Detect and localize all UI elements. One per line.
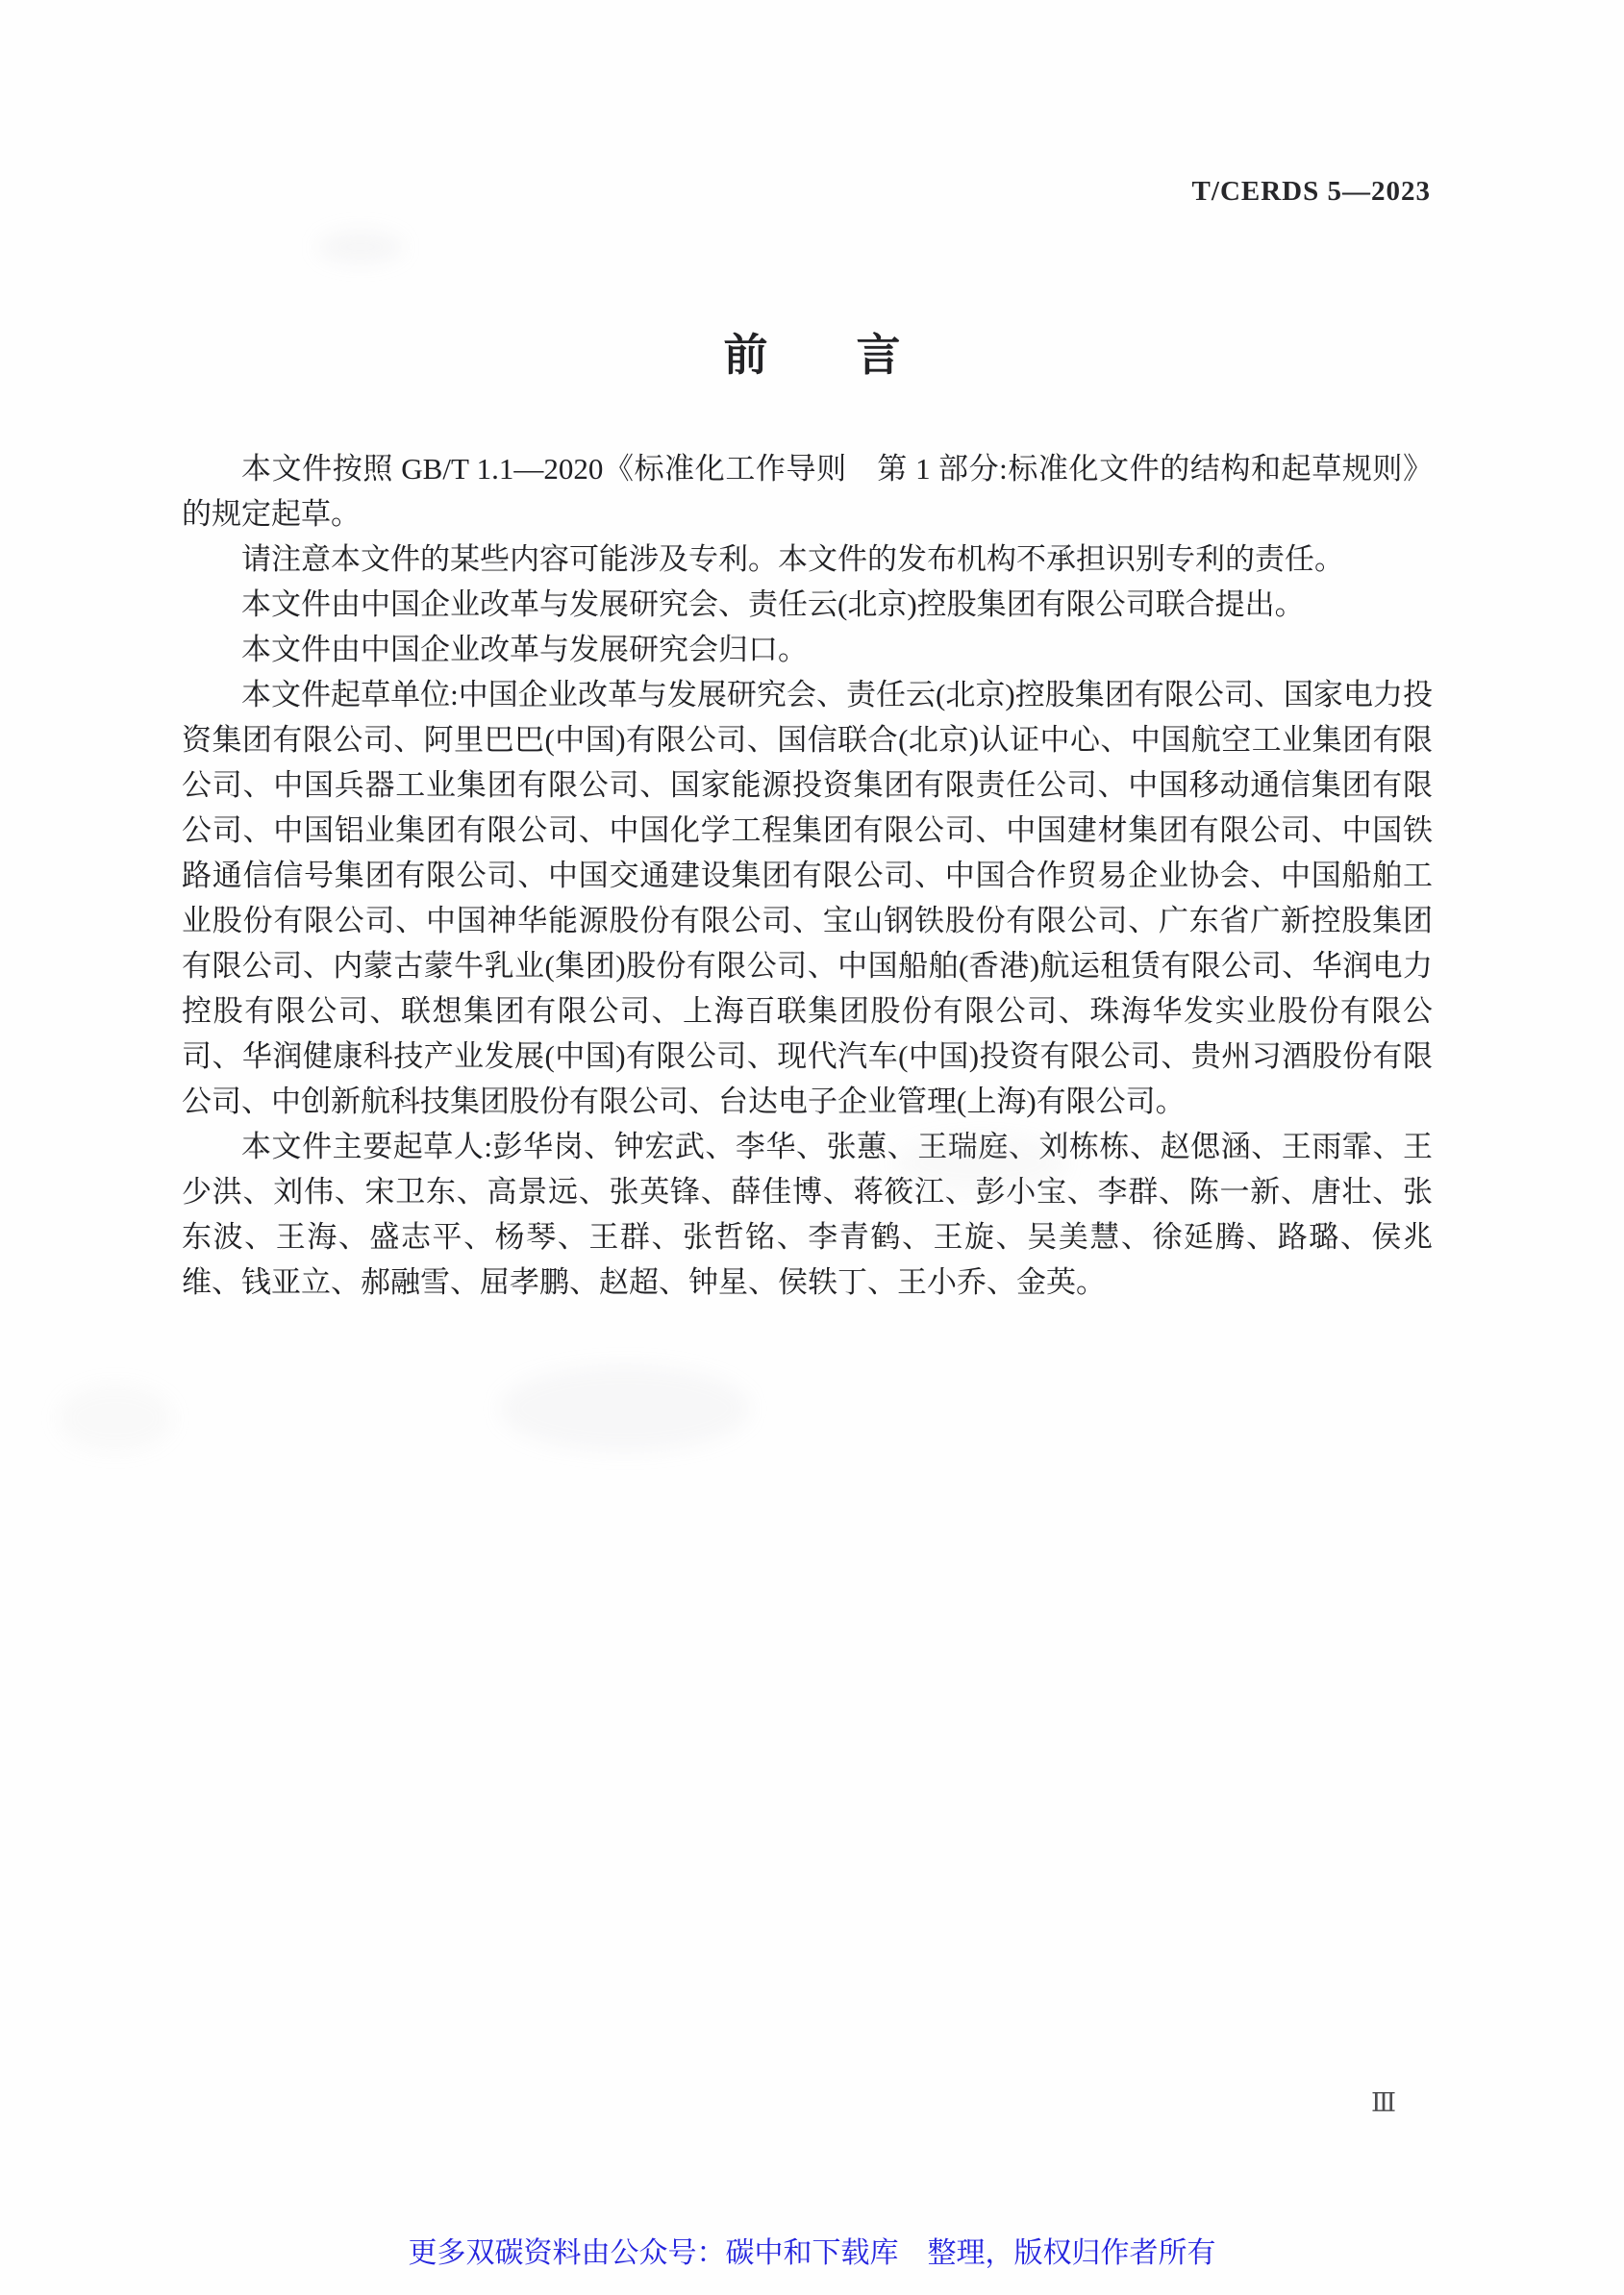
paragraph-drafting-organizations: 本文件起草单位:中国企业改革与发展研究会、责任云(北京)控股集团有限公司、国家电… [182,672,1433,1124]
paragraph-centralized-by: 本文件由中国企业改革与发展研究会归口。 [182,627,1433,672]
footer-source-notice: 更多双碳资料由公众号：碳中和下载库 整理，版权归作者所有 [0,2229,1624,2271]
scan-artifact [58,1384,173,1452]
paragraph-drafting-rules: 本文件按照 GB/T 1.1—2020《标准化工作导则 第 1 部分:标准化文件… [182,446,1433,536]
paragraph-patent-notice: 请注意本文件的某些内容可能涉及专利。本文件的发布机构不承担识别专利的责任。 [182,536,1433,582]
standard-doc-number: T/CERDS 5—2023 [0,176,1431,208]
foreword-title: 前言 [0,320,1624,384]
foreword-title-text: 前言 [724,331,989,380]
page-number: Ⅲ [1371,2088,1396,2118]
document-page: T/CERDS 5—2023 前言 本文件按照 GB/T 1.1—2020《标准… [0,0,1624,2295]
scan-artifact [500,1365,750,1452]
paragraph-proposed-by: 本文件由中国企业改革与发展研究会、责任云(北京)控股集团有限公司联合提出。 [182,582,1433,627]
scan-artifact [317,231,404,263]
paragraph-main-drafters: 本文件主要起草人:彭华岗、钟宏武、李华、张蕙、王瑞庭、刘栋栋、赵偲涵、王雨霏、王… [182,1124,1433,1305]
foreword-body: 本文件按照 GB/T 1.1—2020《标准化工作导则 第 1 部分:标准化文件… [182,446,1433,1305]
